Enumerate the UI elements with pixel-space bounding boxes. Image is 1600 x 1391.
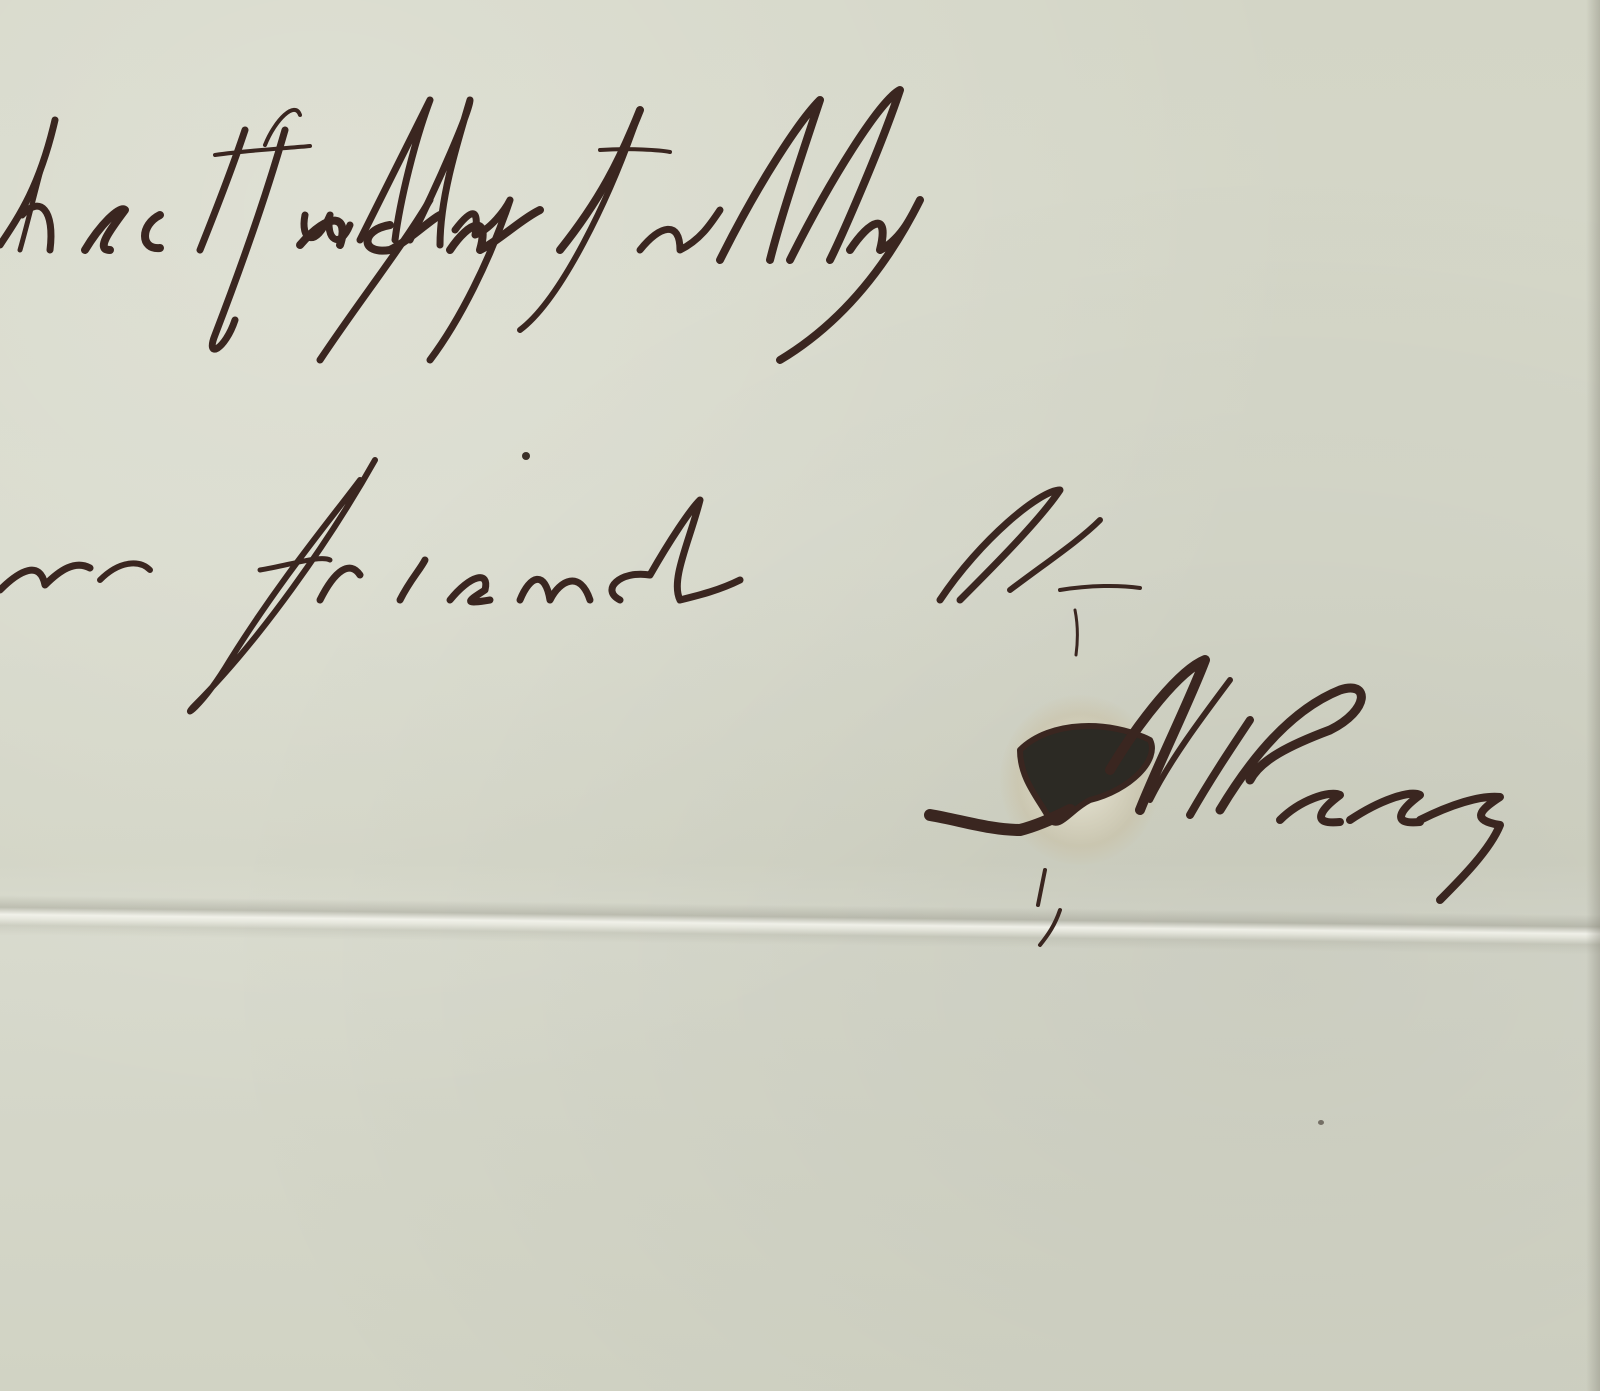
signature [930,660,1500,945]
document-paper: …ectfully …r friend &c A Burr [0,0,1600,1391]
handwriting-line-2 [0,460,1140,711]
handwriting-line-1 [0,100,510,360]
handwriting-line-1-scaled [300,90,920,360]
handwriting-layer [0,0,1600,1391]
